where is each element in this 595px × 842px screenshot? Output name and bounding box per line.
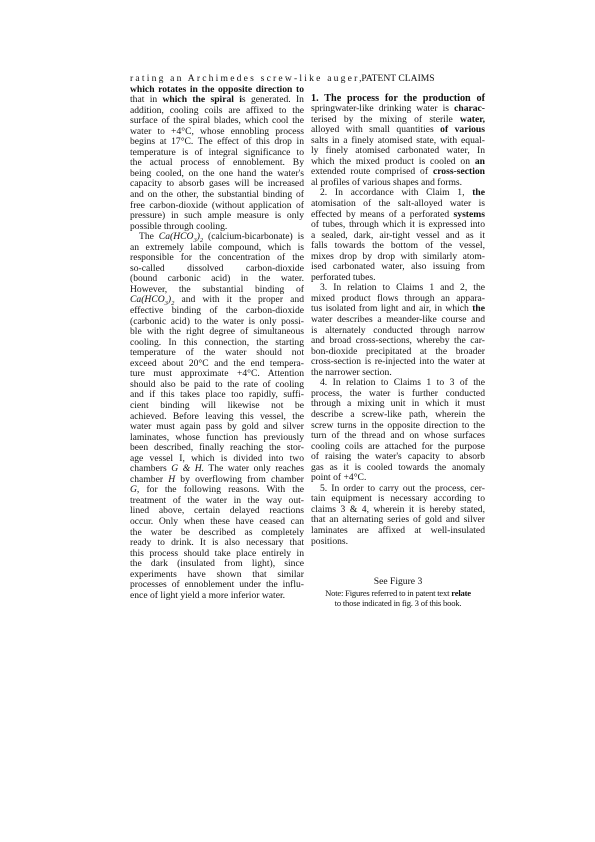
text-span: tus isolated from light and air, in whic… <box>311 303 472 314</box>
figure-note-line2: to those indicated in fig. 3 of this boo… <box>311 598 485 609</box>
text-line: ence of light yield a more inferior wate… <box>130 591 304 602</box>
text-span: 2. In accordance with Claim 1, <box>320 187 472 198</box>
bold-span: the <box>472 187 485 198</box>
see-figure-caption: See Figure 3 <box>311 577 485 588</box>
right-column: PATENT CLAIMS 1. The process for the pro… <box>311 74 485 609</box>
text-span: for the following reasons. With the <box>139 484 304 495</box>
bold-span: systems <box>454 209 485 220</box>
formula: Ca(HCO <box>130 294 165 305</box>
bold-span: relate <box>451 588 471 598</box>
text-span: and with it the proper and <box>174 294 304 305</box>
text-span: (calcium-bicarbonate) is <box>203 231 304 242</box>
text-line: and on the other, the substantial bindin… <box>130 190 304 201</box>
text-span: chamber <box>130 474 168 485</box>
text-line: water must again pass by gold and silver <box>130 422 304 433</box>
bold-span: an <box>475 156 485 167</box>
formula: Ca(HCO <box>159 231 194 242</box>
bold-span: the <box>472 303 485 314</box>
text-span: chambers <box>130 463 171 474</box>
text-line: occur. Only when these have ceased can <box>130 517 304 528</box>
text-span: alloyed with small quantities <box>311 124 440 135</box>
text-span: by overflowing from chamber <box>175 474 304 485</box>
text-line: effective binding of the carbon-dioxide <box>130 306 304 317</box>
bold-span: water, <box>460 114 485 125</box>
text-span: terised by the mixing of sterile <box>311 114 460 125</box>
text-line: turn of the thread and on whose surfaces <box>311 431 485 442</box>
text-span: The water only reaches <box>204 463 304 474</box>
bold-span: charac- <box>454 103 485 114</box>
spacer <box>311 547 485 577</box>
text-span: The <box>139 231 159 242</box>
text-span: which the mixed product is cooled on <box>311 156 475 167</box>
italic-span: G & H. <box>171 463 204 474</box>
bold-span: of various <box>440 124 485 135</box>
text-line: laminates are affixed at well-insulated <box>311 526 485 537</box>
left-column: rating an Archimedes screw-like auger, w… <box>130 74 304 601</box>
text-span: springwater-like drinking water is <box>311 103 454 114</box>
figure-note: Note: Figures referred to in patent text… <box>311 588 485 599</box>
text-span: that in <box>130 94 163 105</box>
text-span: Note: Figures referred to in patent text <box>325 588 451 598</box>
bold-span: which the spiral i <box>163 94 242 105</box>
text-line: positions. <box>311 537 485 548</box>
text-span: effected by means of a perforated <box>311 209 454 220</box>
text-line: describe a screw-like path, wherein the <box>311 410 485 421</box>
text-span: s generated. In <box>242 94 304 105</box>
section-title: PATENT CLAIMS <box>311 74 485 85</box>
text-line: cient binding will likewise not be <box>130 401 304 412</box>
text-line: rating an Archimedes screw-like auger, <box>130 74 304 85</box>
bold-span: cross-section <box>433 166 485 177</box>
text-span: extended route comprised of <box>311 166 433 177</box>
italic-span: G, <box>130 484 139 495</box>
text-line: water describes a meander-like course an… <box>311 315 485 326</box>
